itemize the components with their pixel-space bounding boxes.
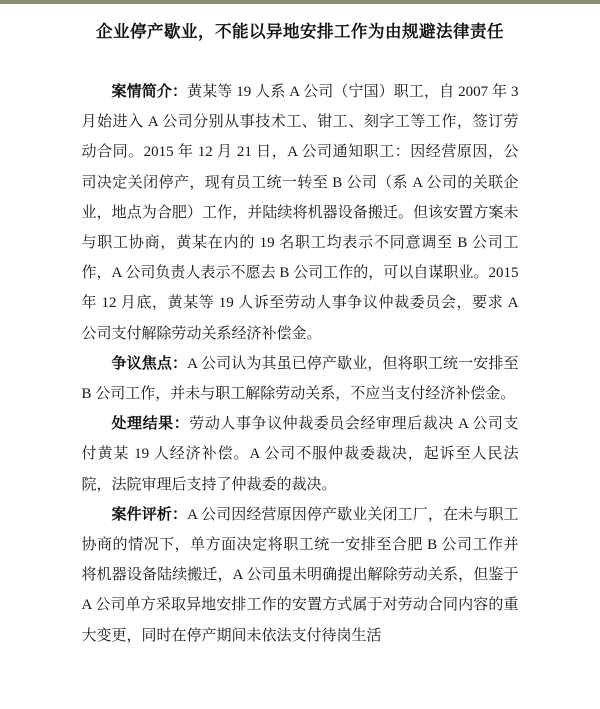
section-label-case-summary: 案情简介： [112,84,188,100]
section-label-result: 处理结果： [112,416,190,432]
paragraph-case-analysis: 案件评析：A 公司因经营原因停产歇业关闭工厂，在未与职工协商的情况下，单方面决定… [82,500,519,651]
paragraph-case-summary: 案情简介：黄某等 19 人系 A 公司（宁国）职工，自 2007 年 3 月始进… [82,77,519,349]
document-title: 企业停产歇业，不能以异地安排工作为由规避法律责任 [82,19,519,45]
section-text-case-analysis: A 公司因经营原因停产歇业关闭工厂，在未与职工协商的情况下，单方面决定将职工统一… [82,507,519,644]
document-page: 企业停产歇业，不能以异地安排工作为由规避法律责任 案情简介：黄某等 19 人系 … [82,19,519,651]
section-text-case-summary: 黄某等 19 人系 A 公司（宁国）职工，自 2007 年 3 月始进入 A 公… [82,84,519,342]
page-top-bar [0,0,600,4]
paragraph-result: 处理结果：劳动人事争议仲裁委员会经审理后裁决 A 公司支付黄某 19 人经济补偿… [82,409,519,500]
section-label-dispute-focus: 争议焦点： [112,356,188,372]
paragraph-dispute-focus: 争议焦点：A 公司认为其虽已停产歇业，但将职工统一安排至 B 公司工作，并未与职… [82,349,519,409]
section-label-case-analysis: 案件评析： [112,507,188,523]
